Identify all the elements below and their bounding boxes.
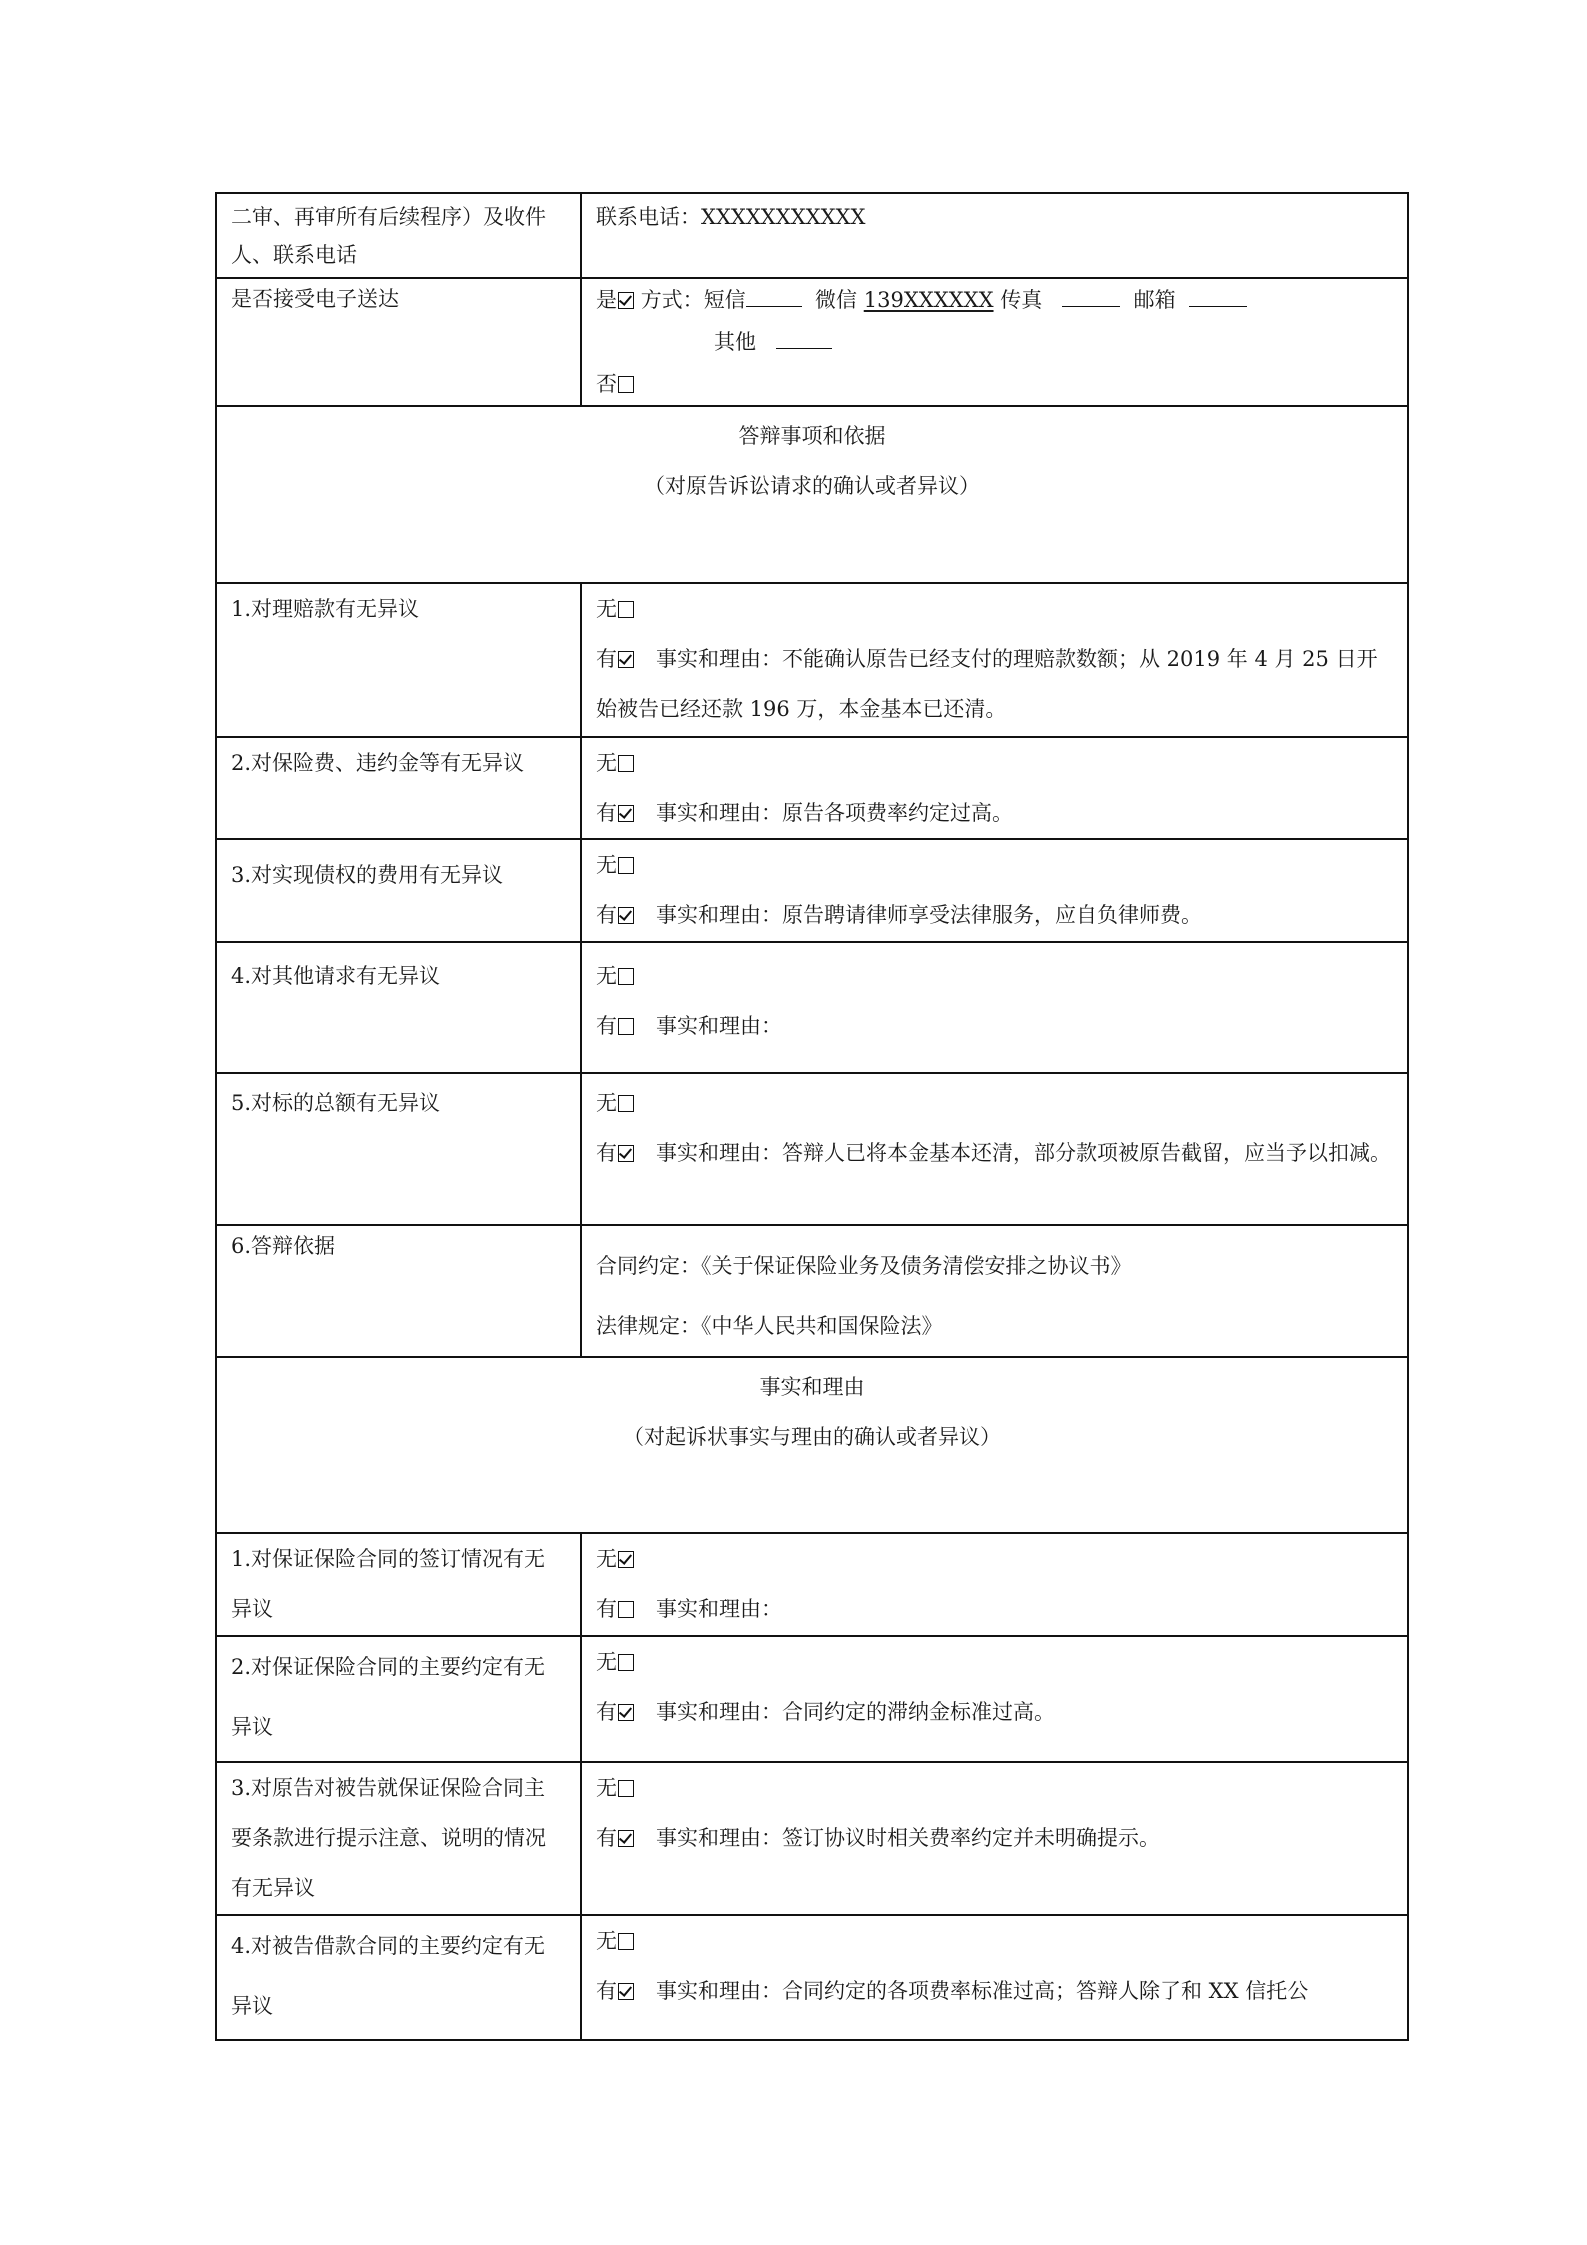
item-label: 4.对其他请求有无异议 <box>231 964 440 988</box>
item-answer-cell: 无 有事实和理由：合同约定的各项费率标准过高；答辩人除了和 XX 信托公 <box>581 1915 1408 2040</box>
sms-label: 短信 <box>704 288 746 312</box>
no-label: 否 <box>596 372 617 396</box>
other-field[interactable] <box>776 326 832 349</box>
reason-label: 事实和理由： <box>656 1141 782 1165</box>
section2-item-4-row: 4.对被告借款合同的主要约定有无异议 无 有事实和理由：合同约定的各项费率标准过… <box>216 1915 1408 2040</box>
item-answer-cell: 无 有事实和理由：原告各项费率约定过高。 <box>581 737 1408 839</box>
has-checkbox[interactable] <box>618 651 634 668</box>
section1-item-2-row: 2.对保险费、违约金等有无异议 无 有事实和理由：原告各项费率约定过高。 <box>216 737 1408 839</box>
item-answer-cell: 无 有事实和理由： <box>581 942 1408 1073</box>
none-label: 无 <box>596 853 617 877</box>
reason-label: 事实和理由： <box>656 647 782 671</box>
has-checkbox[interactable] <box>618 1018 634 1035</box>
item-answer-cell: 无 有事实和理由：合同约定的滞纳金标准过高。 <box>581 1636 1408 1762</box>
has-checkbox[interactable] <box>618 1983 634 2000</box>
reason-text[interactable]: 原告聘请律师享受法律服务，应自负律师费。 <box>782 903 1202 927</box>
recipient-row: 二审、再审所有后续程序）及收件人、联系电话 联系电话：XXXXXXXXXXX <box>216 193 1408 278</box>
none-label: 无 <box>596 751 617 775</box>
item-label-cell: 1.对理赔款有无异议 <box>216 583 581 737</box>
item-label: 3.对原告对被告就保证保险合同主要条款进行提示注意、说明的情况有无异议 <box>231 1776 546 1900</box>
reason-label: 事实和理由： <box>656 1014 782 1038</box>
item-label-cell: 4.对被告借款合同的主要约定有无异议 <box>216 1915 581 2040</box>
none-label: 无 <box>596 1091 617 1115</box>
none-checkbox[interactable] <box>618 1654 634 1671</box>
method-label: 方式： <box>641 288 704 312</box>
none-checkbox[interactable] <box>618 601 634 618</box>
section1-header-row: 答辩事项和依据 （对原告诉讼请求的确认或者异议） <box>216 406 1408 583</box>
reason-text[interactable]: 合同约定的各项费率标准过高；答辩人除了和 XX 信托公 <box>782 1979 1308 2003</box>
item-label: 2.对保证保险合同的主要约定有无异议 <box>231 1655 545 1739</box>
section1-item-4-row: 4.对其他请求有无异议 无 有事实和理由： <box>216 942 1408 1073</box>
item-label: 3.对实现债权的费用有无异议 <box>231 863 503 887</box>
other-label: 其他 <box>714 330 756 354</box>
item-label-cell: 1.对保证保险合同的签订情况有无异议 <box>216 1533 581 1636</box>
section1-item-3-row: 3.对实现债权的费用有无异议 无 有事实和理由：原告聘请律师享受法律服务，应自负… <box>216 839 1408 942</box>
phone-value[interactable]: XXXXXXXXXXX <box>701 205 865 229</box>
item-answer-cell: 无 有事实和理由： <box>581 1533 1408 1636</box>
recipient-label-cell: 二审、再审所有后续程序）及收件人、联系电话 <box>216 193 581 278</box>
section1-header: 答辩事项和依据 （对原告诉讼请求的确认或者异议） <box>216 406 1408 583</box>
reason-label: 事实和理由： <box>656 1700 782 1724</box>
section1-item-1-row: 1.对理赔款有无异议 无 有事实和理由：不能确认原告已经支付的理赔款数额；从 2… <box>216 583 1408 737</box>
sms-field[interactable] <box>746 284 802 307</box>
reason-label: 事实和理由： <box>656 1979 782 2003</box>
basis-contract[interactable]: 合同约定：《关于保证保险业务及债务清偿安排之协议书》 <box>596 1236 1393 1296</box>
section1-item-5-row: 5.对标的总额有无异议 无 有事实和理由：答辩人已将本金基本还清，部分款项被原告… <box>216 1073 1408 1225</box>
item-answer-cell: 无 有事实和理由：原告聘请律师享受法律服务，应自负律师费。 <box>581 839 1408 942</box>
item-label-cell: 4.对其他请求有无异议 <box>216 942 581 1073</box>
reason-label: 事实和理由： <box>656 903 782 927</box>
item-answer-cell: 无 有事实和理由：答辩人已将本金基本还清，部分款项被原告截留，应当予以扣减。 <box>581 1073 1408 1225</box>
section1-title: 答辩事项和依据 <box>231 411 1393 461</box>
has-checkbox[interactable] <box>618 907 634 924</box>
has-checkbox[interactable] <box>618 1145 634 1162</box>
none-checkbox[interactable] <box>618 1095 634 1112</box>
section1-basis-row: 6.答辩依据 合同约定：《关于保证保险业务及债务清偿安排之协议书》 法律规定：《… <box>216 1225 1408 1357</box>
basis-label: 6.答辩依据 <box>231 1234 335 1258</box>
email-label: 邮箱 <box>1134 288 1176 312</box>
none-label: 无 <box>596 1650 617 1674</box>
defense-form-page: 二审、再审所有后续程序）及收件人、联系电话 联系电话：XXXXXXXXXXX 是… <box>215 192 1407 2041</box>
item-label-cell: 5.对标的总额有无异议 <box>216 1073 581 1225</box>
item-label: 1.对理赔款有无异议 <box>231 597 419 621</box>
has-label: 有 <box>596 1597 617 1621</box>
has-label: 有 <box>596 1014 617 1038</box>
has-label: 有 <box>596 903 617 927</box>
none-checkbox[interactable] <box>618 968 634 985</box>
reason-text[interactable]: 合同约定的滞纳金标准过高。 <box>782 1700 1055 1724</box>
has-checkbox[interactable] <box>618 805 634 822</box>
has-checkbox[interactable] <box>618 1601 634 1618</box>
section2-item-3-row: 3.对原告对被告就保证保险合同主要条款进行提示注意、说明的情况有无异议 无 有事… <box>216 1762 1408 1915</box>
defense-form-table: 二审、再审所有后续程序）及收件人、联系电话 联系电话：XXXXXXXXXXX 是… <box>215 192 1409 2041</box>
yes-checkbox[interactable] <box>618 292 634 309</box>
has-checkbox[interactable] <box>618 1830 634 1847</box>
email-field[interactable] <box>1189 284 1247 307</box>
has-label: 有 <box>596 1979 617 2003</box>
reason-label: 事实和理由： <box>656 1597 782 1621</box>
has-label: 有 <box>596 1141 617 1165</box>
fax-field[interactable] <box>1062 284 1120 307</box>
electronic-service-label-cell: 是否接受电子送达 <box>216 278 581 406</box>
item-label-cell: 3.对原告对被告就保证保险合同主要条款进行提示注意、说明的情况有无异议 <box>216 1762 581 1915</box>
item-label: 2.对保险费、违约金等有无异议 <box>231 751 524 775</box>
reason-text[interactable]: 原告各项费率约定过高。 <box>782 801 1013 825</box>
basis-law[interactable]: 法律规定：《中华人民共和国保险法》 <box>596 1296 1393 1356</box>
section2-header: 事实和理由 （对起诉状事实与理由的确认或者异议） <box>216 1357 1408 1533</box>
none-checkbox[interactable] <box>618 1780 634 1797</box>
wechat-label: 微信 <box>815 288 857 312</box>
fax-label: 传真 <box>1000 288 1042 312</box>
no-checkbox[interactable] <box>618 376 634 393</box>
section2-item-2-row: 2.对保证保险合同的主要约定有无异议 无 有事实和理由：合同约定的滞纳金标准过高… <box>216 1636 1408 1762</box>
none-label: 无 <box>596 1547 617 1571</box>
none-checkbox[interactable] <box>618 1933 634 1950</box>
yes-label: 是 <box>596 288 617 312</box>
recipient-value-cell: 联系电话：XXXXXXXXXXX <box>581 193 1408 278</box>
section2-subtitle: （对起诉状事实与理由的确认或者异议） <box>231 1412 1393 1462</box>
none-checkbox[interactable] <box>618 857 634 874</box>
section1-subtitle: （对原告诉讼请求的确认或者异议） <box>231 461 1393 511</box>
basis-label-cell: 6.答辩依据 <box>216 1225 581 1357</box>
item-answer-cell: 无 有事实和理由：签订协议时相关费率约定并未明确提示。 <box>581 1762 1408 1915</box>
item-label: 1.对保证保险合同的签订情况有无异议 <box>231 1547 545 1621</box>
section2-title: 事实和理由 <box>231 1362 1393 1412</box>
phone-label: 联系电话： <box>596 205 701 229</box>
section2-header-row: 事实和理由 （对起诉状事实与理由的确认或者异议） <box>216 1357 1408 1533</box>
basis-value-cell: 合同约定：《关于保证保险业务及债务清偿安排之协议书》 法律规定：《中华人民共和国… <box>581 1225 1408 1357</box>
item-label-cell: 2.对保险费、违约金等有无异议 <box>216 737 581 839</box>
reason-text[interactable]: 签订协议时相关费率约定并未明确提示。 <box>782 1826 1160 1850</box>
reason-label: 事实和理由： <box>656 801 782 825</box>
none-label: 无 <box>596 1929 617 1953</box>
item-label: 5.对标的总额有无异议 <box>231 1091 440 1115</box>
has-label: 有 <box>596 647 617 671</box>
electronic-service-options-cell: 是 方式：短信 微信 139XXXXXX 传真 邮箱 其他 否 <box>581 278 1408 406</box>
electronic-service-row: 是否接受电子送达 是 方式：短信 微信 139XXXXXX 传真 邮箱 其他 否 <box>216 278 1408 406</box>
none-label: 无 <box>596 964 617 988</box>
none-label: 无 <box>596 597 617 621</box>
has-label: 有 <box>596 1700 617 1724</box>
recipient-label: 二审、再审所有后续程序）及收件人、联系电话 <box>231 205 546 267</box>
none-checkbox[interactable] <box>618 1551 634 1568</box>
none-checkbox[interactable] <box>618 755 634 772</box>
item-label: 4.对被告借款合同的主要约定有无异议 <box>231 1934 545 2018</box>
wechat-field[interactable]: 139XXXXXX <box>864 288 994 312</box>
reason-text[interactable]: 答辩人已将本金基本还清，部分款项被原告截留，应当予以扣减。 <box>782 1141 1391 1165</box>
section2-item-1-row: 1.对保证保险合同的签订情况有无异议 无 有事实和理由： <box>216 1533 1408 1636</box>
has-label: 有 <box>596 801 617 825</box>
electronic-service-label: 是否接受电子送达 <box>231 287 399 311</box>
item-answer-cell: 无 有事实和理由：不能确认原告已经支付的理赔款数额；从 2019 年 4 月 2… <box>581 583 1408 737</box>
has-checkbox[interactable] <box>618 1704 634 1721</box>
none-label: 无 <box>596 1776 617 1800</box>
item-label-cell: 2.对保证保险合同的主要约定有无异议 <box>216 1636 581 1762</box>
has-label: 有 <box>596 1826 617 1850</box>
item-label-cell: 3.对实现债权的费用有无异议 <box>216 839 581 942</box>
reason-label: 事实和理由： <box>656 1826 782 1850</box>
